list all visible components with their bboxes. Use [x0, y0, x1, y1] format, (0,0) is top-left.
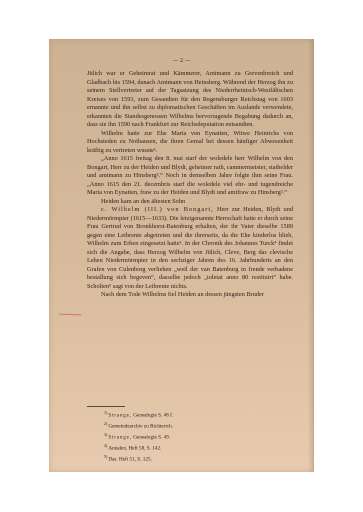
section-lead: c. Wilhelm (III.) von Bongart, [101, 206, 214, 213]
scanned-book-page: — 2 — Jülich war er Geheimrat und Kämmer… [49, 39, 314, 472]
paragraph-text: Herr zur Heiden, Blydt und Niedermörmpte… [87, 206, 293, 290]
body-text: Jülich war er Geheimrat und Kämmerer, Am… [87, 70, 293, 300]
footnote: 1)Strange, Genealogie S. 48 f. [104, 409, 284, 420]
paragraph: Wilhelm hatte zur Ehe Maria von Eynatten… [87, 130, 293, 156]
page-number: — 2 — [49, 58, 314, 64]
paragraph: c. Wilhelm (III.) von Bongart, Herr zur … [87, 206, 293, 291]
margin-pencil-mark [59, 314, 81, 316]
paragraph: Heiden kam an den ältesten Sohn [87, 198, 293, 207]
footnotes: 1)Strange, Genealogie S. 48 f. 2)Gemeind… [104, 409, 284, 464]
footnote: 4)Annalen, Heft 58, S. 142. [104, 442, 284, 453]
footnote: 2)Gemeindearchiv zu Richterich. [104, 420, 284, 431]
footnote-divider [87, 406, 125, 407]
footnote: 3)Strange, Genealogie S. 49. [104, 431, 284, 442]
paragraph: Jülich war er Geheimrat und Kämmerer, Am… [87, 70, 293, 130]
paragraph: Nach dem Tode Wilhelms fiel Heiden an de… [87, 291, 293, 300]
footnote: 5)Das. Heft 51, S. 125. [104, 453, 284, 464]
page-edge-shadow [308, 39, 314, 472]
paragraph: „Anno 1615 freitag den 8. mai starf der … [87, 155, 293, 198]
